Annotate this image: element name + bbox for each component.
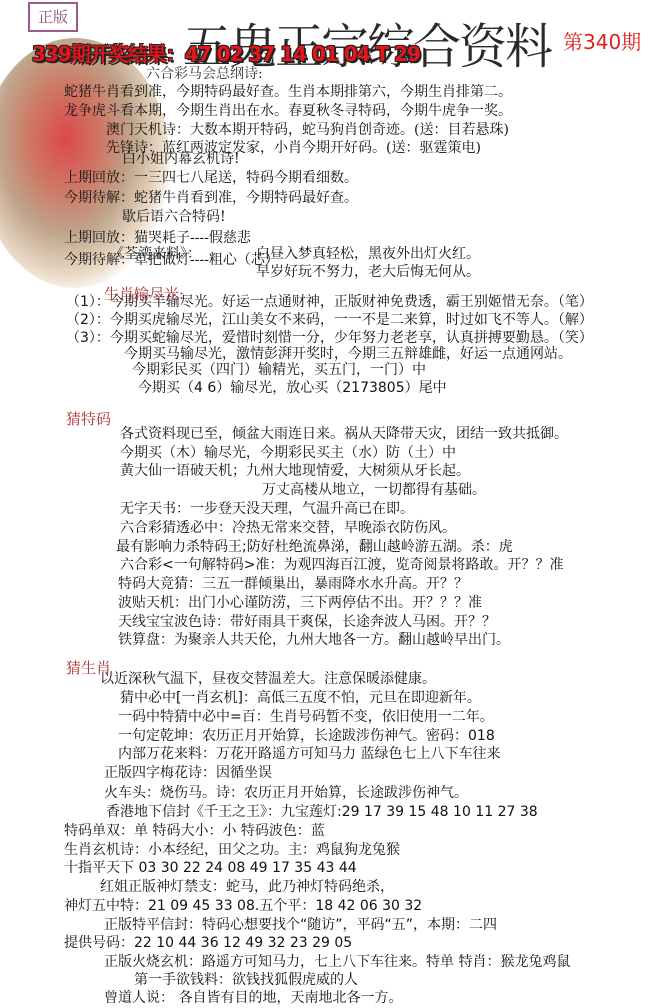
shengxiao2-row: 特码单双：单 特码大小：小 特码波色：蓝	[64, 823, 325, 839]
tema-row: 无字天书：一步登天没天理，气温升高已在即。	[120, 501, 414, 517]
zhengban-badge: 正版	[28, 2, 78, 32]
section-heading-cai-tema: 猜特码	[66, 408, 111, 429]
poem-line: 六合彩马会总纲诗:	[146, 66, 263, 82]
poem-line: 歇后语六合特码!	[122, 209, 226, 225]
tema-row: 万丈高楼从地立，一切都得有基础。	[262, 482, 486, 498]
tema-row: 黄大仙一语破天机；九州大地现情爱，大树须从牙长起。	[120, 463, 470, 479]
shengxiao2-row: 香港地下信封《千王之王》：九宝莲灯:29 17 39 15 48 10 11 2…	[106, 804, 538, 820]
shengxiao2-row: 正版特平信封：特码心想要找个“随访”，平码“五”，本期：二四	[104, 917, 497, 933]
shengxiao2-row: 曾道人说： 各自皆有目的地，天南地北各一方。	[104, 990, 402, 1006]
shengxiao-row: 今期买马输尽光，激情彭湃开奖时，今期三五辩雄雌，好运一点通网站。	[124, 346, 572, 362]
shengxiao-row: 今期买（4 6）输尽光，放心买（2173805）尾中	[138, 380, 447, 396]
poem-line: 蛇猪牛肖看到准，今期特码最好查。生肖本期排第六，今期生肖排第二。	[64, 84, 512, 100]
shengxiao2-row: 内部万花来料：万花开路遥方可知马力 蓝绿色七上八下车往来	[118, 746, 500, 762]
shengxiao2-row: 猜中必中[一肖玄机]：高低三五度不怕，元旦在即迎新年。	[120, 690, 481, 706]
shengxiao2-row: 以近深秋气温下，昼夜交替温差大。注意保暖添健康。	[100, 671, 436, 687]
shengxiao2-row: 生肖玄机诗：小本经纪，田父之功。主：鸡鼠狗龙兔猴	[64, 842, 400, 858]
tema-row: 今期买（木）输尽光，今期彩民买主（水）防（土）中	[120, 445, 456, 461]
shengxiao2-row: 提供号码：22 10 44 36 12 49 32 23 29 05	[64, 935, 352, 951]
shengxiao2-row: 正版火烧玄机：路遥方可知马力，七上八下车往来。特单 特肖：猴龙兔鸡鼠	[104, 954, 570, 970]
poem-line: 龙争虎斗看本期，今期生肖出在水。春夏秋冬寻特码，今期牛虎争一奖。	[64, 103, 512, 119]
shengxiao2-row: 正版四字梅花诗：因循坐误	[104, 765, 272, 781]
shengxiao2-row: 红姐正版神灯禁支：蛇马，此乃神灯特码绝杀，	[100, 879, 394, 895]
poem-line: 《荃湾来料》：	[110, 246, 201, 262]
shengxiao2-row: 火车头：烧伤马。诗：农历正月开始算，长途跋涉伤神气。	[104, 785, 468, 801]
tema-row: 各式资料现已至，倾盆大雨连日来。祸从天降带天灾，团结一致共抵御。	[120, 426, 568, 442]
tema-row: 铁算盘：为聚亲人共天伦，九州大地各一方。翻山越岭早出门。	[118, 632, 510, 648]
issue-number: 第340期	[563, 26, 641, 55]
tema-row: 波贴天机：出门小心谨防涝，三下两停估不出。开？？？准	[118, 595, 482, 611]
poem-line: 今期待解：蛇猪牛肖看到准，今期特码最好查。	[64, 190, 358, 206]
section-heading-cai-shengxiao: 猜生肖	[66, 657, 111, 678]
poem-line: 早岁好玩不努力，老大后悔无何从。	[256, 264, 480, 280]
shengxiao2-row: 一句定乾坤：农历正月开始算，长途跋涉伤神气。密码：018	[118, 728, 495, 744]
last-draw-result: 339期开奖结果：47 02 37 14 01 04 T 29	[32, 38, 420, 67]
shengxiao-row: 今期彩民买（四门）输精光，买五门，一门）中	[132, 362, 426, 378]
shengxiao2-row: 第一手欲钱料：欲钱找狐假虎威的人	[134, 972, 358, 988]
shengxiao-row: （2）：今期买虎输尽光，江山美女不来码，一一不是二来算，时过如飞不等人。（解）	[66, 312, 593, 328]
poem-line: 上期回放：猫哭耗子----假慈悲	[64, 230, 251, 246]
shengxiao2-row: 神灯五中特：21 09 45 33 08.五个平：18 42 06 30 32	[64, 898, 422, 914]
tema-row: 天线宝宝波色诗：带好雨具干爽保，长途奔波人马困。开？？	[118, 614, 496, 630]
section-heading-shengxiao-shuguang: 生肖输尽光:	[104, 283, 184, 304]
poem-line: 白昼入梦真轻松，黑夜外出灯火红。	[256, 246, 480, 262]
poem-line: 上期回放：一三四七八尾送，特码今期看细数。	[64, 170, 358, 186]
tema-row: 六合彩<一句解特码>准：为观四海百江渡，览奇阅景将路敢。开？？准	[120, 557, 563, 573]
tema-row: 最有影响力杀特码王;防好杜绝流鼻涕，翻山越岭游五湖。杀：虎	[116, 539, 513, 555]
tema-row: 特码大竞猜：三五一群倾巢出，暴雨降水水升高。开？？	[118, 576, 468, 592]
poem-line: 白小姐内幕玄机诗!	[122, 151, 240, 167]
shengxiao2-row: 一码中特猜中必中=百：生肖号码暂不变，依旧使用一二年。	[118, 709, 494, 725]
shengxiao-row: （3）：今期买蛇输尽光，爱惜时刻惜一分，少年努力老老享，认真拼搏要勤恳。（笑）	[66, 330, 593, 346]
shengxiao2-row: 十指平天下 03 30 22 24 08 49 17 35 43 44	[64, 860, 357, 876]
tema-row: 六合彩猜透必中：冷热无常来交替，早晚添衣防伤风。	[120, 520, 456, 536]
poem-line: 澳门天机诗：大数本期开特码，蛇马狗肖创奇迹。(送：目若悬珠)	[106, 122, 509, 138]
